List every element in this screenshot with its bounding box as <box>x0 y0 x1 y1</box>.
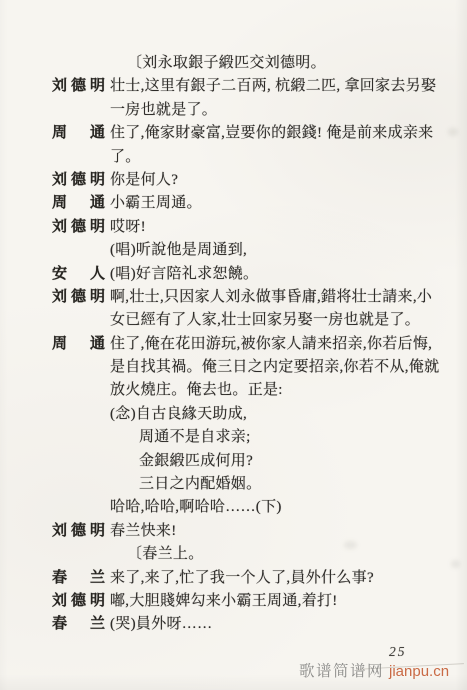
dialogue-line: 周通小霸王周通。 <box>0 192 467 215</box>
line-text: 住了,俺在花田游玩,被你家人請来招亲,你若后悔, <box>110 336 432 352</box>
line-text: 三日之内配婚姻。 <box>139 476 261 492</box>
line-text: 女已經有了人家,壮士回家另娶一房也就是了。 <box>110 312 420 328</box>
verse-line: 金銀緞匹成何用? <box>0 450 467 473</box>
speaker-name: 周通 <box>52 192 105 215</box>
speaker-name: 刘德明 <box>52 520 105 543</box>
dialogue-line: 是自找其禍。俺三日之内定要招亲,你若不从,俺就 <box>0 356 467 379</box>
paper-smudge <box>451 560 460 568</box>
line-text: 是自找其禍。俺三日之内定要招亲,你若不从,俺就 <box>110 359 439 375</box>
line-text: 了。 <box>110 149 141 165</box>
dialogue-line: 刘德明壮士,这里有銀子二百两, 杭緞二匹, 拿回家去另娶 <box>0 75 467 98</box>
line-text: 小霸王周通。 <box>110 195 202 211</box>
line-text: (念)自古良緣天助成, <box>110 406 247 422</box>
speaker-name: 刘德明 <box>52 216 105 239</box>
speaker-name: 刘德明 <box>52 75 105 98</box>
paper-smudge <box>448 128 458 136</box>
watermark-site-url: jianpu.cn <box>389 663 449 680</box>
speaker-name: 刘德明 <box>52 590 105 613</box>
stage-direction-line: 〔春兰上。 <box>0 543 467 566</box>
dialogue-line: 一房也就是了。 <box>0 99 467 122</box>
dialogue-line: 刘德明春兰快来! <box>0 520 467 543</box>
dialogue-line: 安人(唱)好言陪礼求恕饒。 <box>0 263 467 286</box>
line-text: (唱)听說他是周通到, <box>110 242 247 258</box>
line-text: 周通不是自求亲; <box>139 429 251 445</box>
watermark-site-name: 歌谱简谱网 <box>299 663 384 680</box>
scanned-script-page: 〔刘永取銀子緞匹交刘德明。刘德明壮士,这里有銀子二百两, 杭緞二匹, 拿回家去另… <box>0 0 467 690</box>
speaker-name: 刘德明 <box>52 286 105 309</box>
line-text: 一房也就是了。 <box>110 102 217 118</box>
verse-line: 三日之内配婚姻。 <box>0 473 467 496</box>
page-number: 25 <box>389 644 407 660</box>
dialogue-line: 春兰来了,来了,忙了我一个人了,員外什么事? <box>0 567 467 590</box>
watermark: 歌谱简谱网jianpu.cn <box>299 659 449 681</box>
line-text: 啊,壮士,只因家人刘永做事昏庸,錯将壮士請来,小 <box>110 289 432 305</box>
dialogue-line: (唱)听說他是周通到, <box>0 239 467 262</box>
dialogue-line: 女已經有了人家,壮士回家另娶一房也就是了。 <box>0 309 467 332</box>
speaker-name: 周通 <box>52 333 105 356</box>
line-text: 来了,来了,忙了我一个人了,員外什么事? <box>110 570 374 586</box>
dialogue-line: 周通住了,俺家財豪富,豈要你的銀錢! 俺是前来成亲来 <box>0 122 467 145</box>
line-text: 金銀緞匹成何用? <box>139 453 253 469</box>
dialogue-line: 刘德明嘟,大胆賤婢勾来小霸王周通,着打! <box>0 590 467 613</box>
line-text: 住了,俺家財豪富,豈要你的銀錢! 俺是前来成亲来 <box>110 125 433 141</box>
line-text: 哎呀! <box>110 219 146 235</box>
line-text: 春兰快来! <box>110 523 177 539</box>
dialogue-line: 放火燒庄。俺去也。正是: <box>0 379 467 402</box>
dialogue-line: 了。 <box>0 146 467 169</box>
dialogue-line: 刘德明你是何人? <box>0 169 467 192</box>
speaker-name: 春兰 <box>52 567 105 590</box>
dialogue-line: 春兰(哭)員外呀…… <box>0 613 467 636</box>
dialogue-line: 刘德明啊,壮士,只因家人刘永做事昏庸,錯将壮士請来,小 <box>0 286 467 309</box>
dialogue-line: 哈哈,哈哈,啊哈哈……(下) <box>0 496 467 519</box>
line-text: (哭)員外呀…… <box>110 616 212 632</box>
line-text: 放火燒庄。俺去也。正是: <box>110 382 283 398</box>
dialogue-line: 周通住了,俺在花田游玩,被你家人請来招亲,你若后悔, <box>0 333 467 356</box>
paper-smudge <box>344 541 357 549</box>
line-text: 你是何人? <box>110 172 178 188</box>
stage-direction-text: 〔刘永取銀子緞匹交刘德明。 <box>127 55 326 71</box>
speaker-name: 安人 <box>52 263 105 286</box>
speaker-name: 春兰 <box>52 613 105 636</box>
dialogue-line: 刘德明哎呀! <box>0 216 467 239</box>
script-text-block: 〔刘永取銀子緞匹交刘德明。刘德明壮士,这里有銀子二百两, 杭緞二匹, 拿回家去另… <box>0 52 467 637</box>
speaker-name: 刘德明 <box>52 169 105 192</box>
line-text: 哈哈,哈哈,啊哈哈……(下) <box>110 499 282 515</box>
speaker-name: 周通 <box>52 122 105 145</box>
line-text: 壮士,这里有銀子二百两, 杭緞二匹, 拿回家去另娶 <box>110 78 436 94</box>
line-text: (唱)好言陪礼求恕饒。 <box>110 266 258 282</box>
stage-direction-line: 〔刘永取銀子緞匹交刘德明。 <box>0 52 467 75</box>
verse-line: 周通不是自求亲; <box>0 426 467 449</box>
dialogue-line: (念)自古良緣天助成, <box>0 403 467 426</box>
line-text: 嘟,大胆賤婢勾来小霸王周通,着打! <box>110 593 338 609</box>
stage-direction-text: 〔春兰上。 <box>127 546 204 562</box>
